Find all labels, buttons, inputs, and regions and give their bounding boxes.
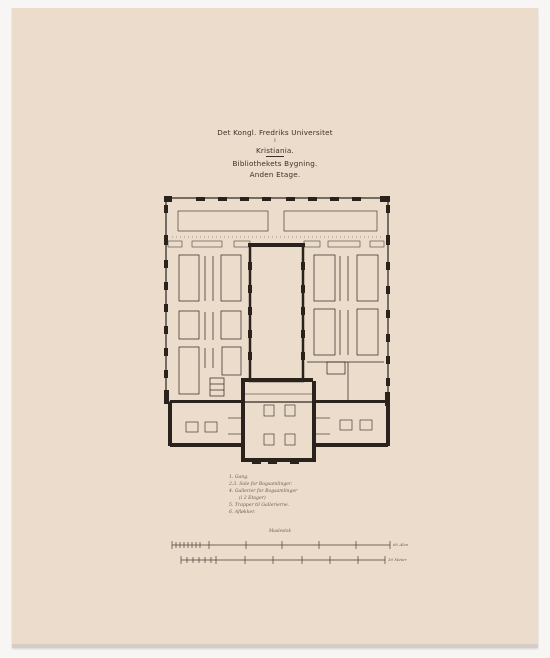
legend-item: 6. Afløkker. bbox=[229, 509, 297, 516]
legend-item: 4. Gallerier for Bogsamlinger bbox=[229, 488, 297, 495]
floor-plan bbox=[0, 0, 550, 658]
legend-item: 2.3. Sale for Bogsamlinger. bbox=[229, 481, 297, 488]
legend-item: 5. Trapper til Gallerierne. bbox=[229, 502, 297, 509]
legend-item: 1. Gang. bbox=[229, 474, 297, 481]
right-hall bbox=[307, 255, 384, 400]
scale-unit-meter: 30 Meter bbox=[388, 557, 407, 562]
scale-bars bbox=[172, 541, 390, 564]
lower-wing bbox=[168, 381, 390, 464]
scale-unit-alen: 60 Alen bbox=[393, 542, 408, 547]
scale-title: Maalestok bbox=[269, 528, 291, 533]
legend: 1. Gang. 2.3. Sale for Bogsamlinger. 4. … bbox=[229, 474, 297, 517]
light-court bbox=[241, 243, 313, 382]
gallery-top-right bbox=[284, 211, 377, 231]
gallery-top-left bbox=[178, 211, 268, 231]
left-hall bbox=[179, 255, 241, 396]
legend-item: (i 2 Etager) bbox=[229, 495, 297, 502]
